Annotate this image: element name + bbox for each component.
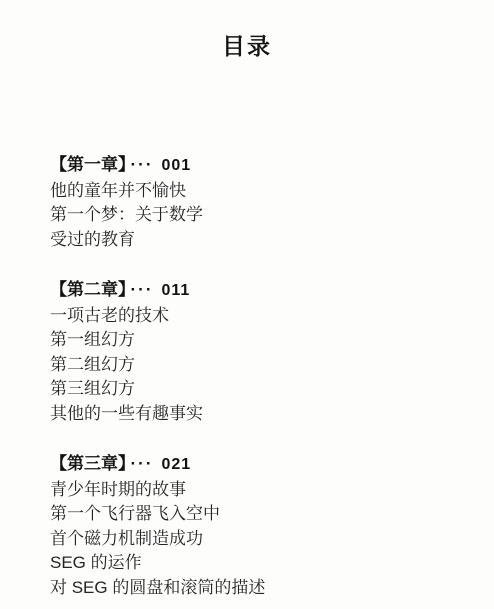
toc-entry: 第一组幻方 xyxy=(50,328,464,353)
chapter-title: 【第三章】 xyxy=(50,454,127,473)
chapter-group: 【第三章】···021青少年时期的故事第一个飞行器飞入空中首个磁力机制造成功SE… xyxy=(50,452,464,600)
page-title: 目录 xyxy=(0,0,494,60)
toc-entry: 其他的一些有趣事实 xyxy=(50,402,464,427)
toc-entry: 首个磁力机制造成功 xyxy=(50,527,464,552)
toc-entry: 他的童年并不愉快 xyxy=(50,179,464,204)
chapter-heading: 【第三章】···021 xyxy=(50,452,464,478)
toc-entry: 青少年时期的故事 xyxy=(50,478,464,503)
chapter-title: 【第二章】 xyxy=(50,280,127,299)
toc-entry: 受过的教育 xyxy=(50,228,464,253)
chapter-heading: 【第一章】···001 xyxy=(50,153,464,179)
chapter-title: 【第一章】 xyxy=(50,155,127,174)
leader-dots: ··· xyxy=(131,454,154,473)
chapter-page-number: 011 xyxy=(161,282,190,299)
chapter-page-number: 001 xyxy=(161,157,191,174)
toc-entry: 一项古老的技术 xyxy=(50,304,464,329)
chapter-heading: 【第二章】···011 xyxy=(50,278,464,304)
chapter-page-number: 021 xyxy=(161,456,191,473)
toc-entry: SEG 的运作 xyxy=(50,551,464,576)
toc-entry: 第一个飞行器飞入空中 xyxy=(50,502,464,527)
toc-entry: 第三组幻方 xyxy=(50,377,464,402)
chapter-group: 【第一章】···001他的童年并不愉快第一个梦：关于数学受过的教育 xyxy=(50,153,464,252)
leader-dots: ··· xyxy=(131,155,154,174)
toc-entry: 第一个梦：关于数学 xyxy=(50,203,464,228)
toc-list: 【第一章】···001他的童年并不愉快第一个梦：关于数学受过的教育【第二章】··… xyxy=(0,153,494,600)
toc-page: 目录 【第一章】···001他的童年并不愉快第一个梦：关于数学受过的教育【第二章… xyxy=(0,0,494,609)
chapter-group: 【第二章】···011一项古老的技术第一组幻方第二组幻方第三组幻方其他的一些有趣… xyxy=(50,278,464,426)
toc-entry: 对 SEG 的圆盘和滚筒的描述 xyxy=(50,576,464,601)
toc-entry: 第二组幻方 xyxy=(50,353,464,378)
leader-dots: ··· xyxy=(131,280,154,299)
